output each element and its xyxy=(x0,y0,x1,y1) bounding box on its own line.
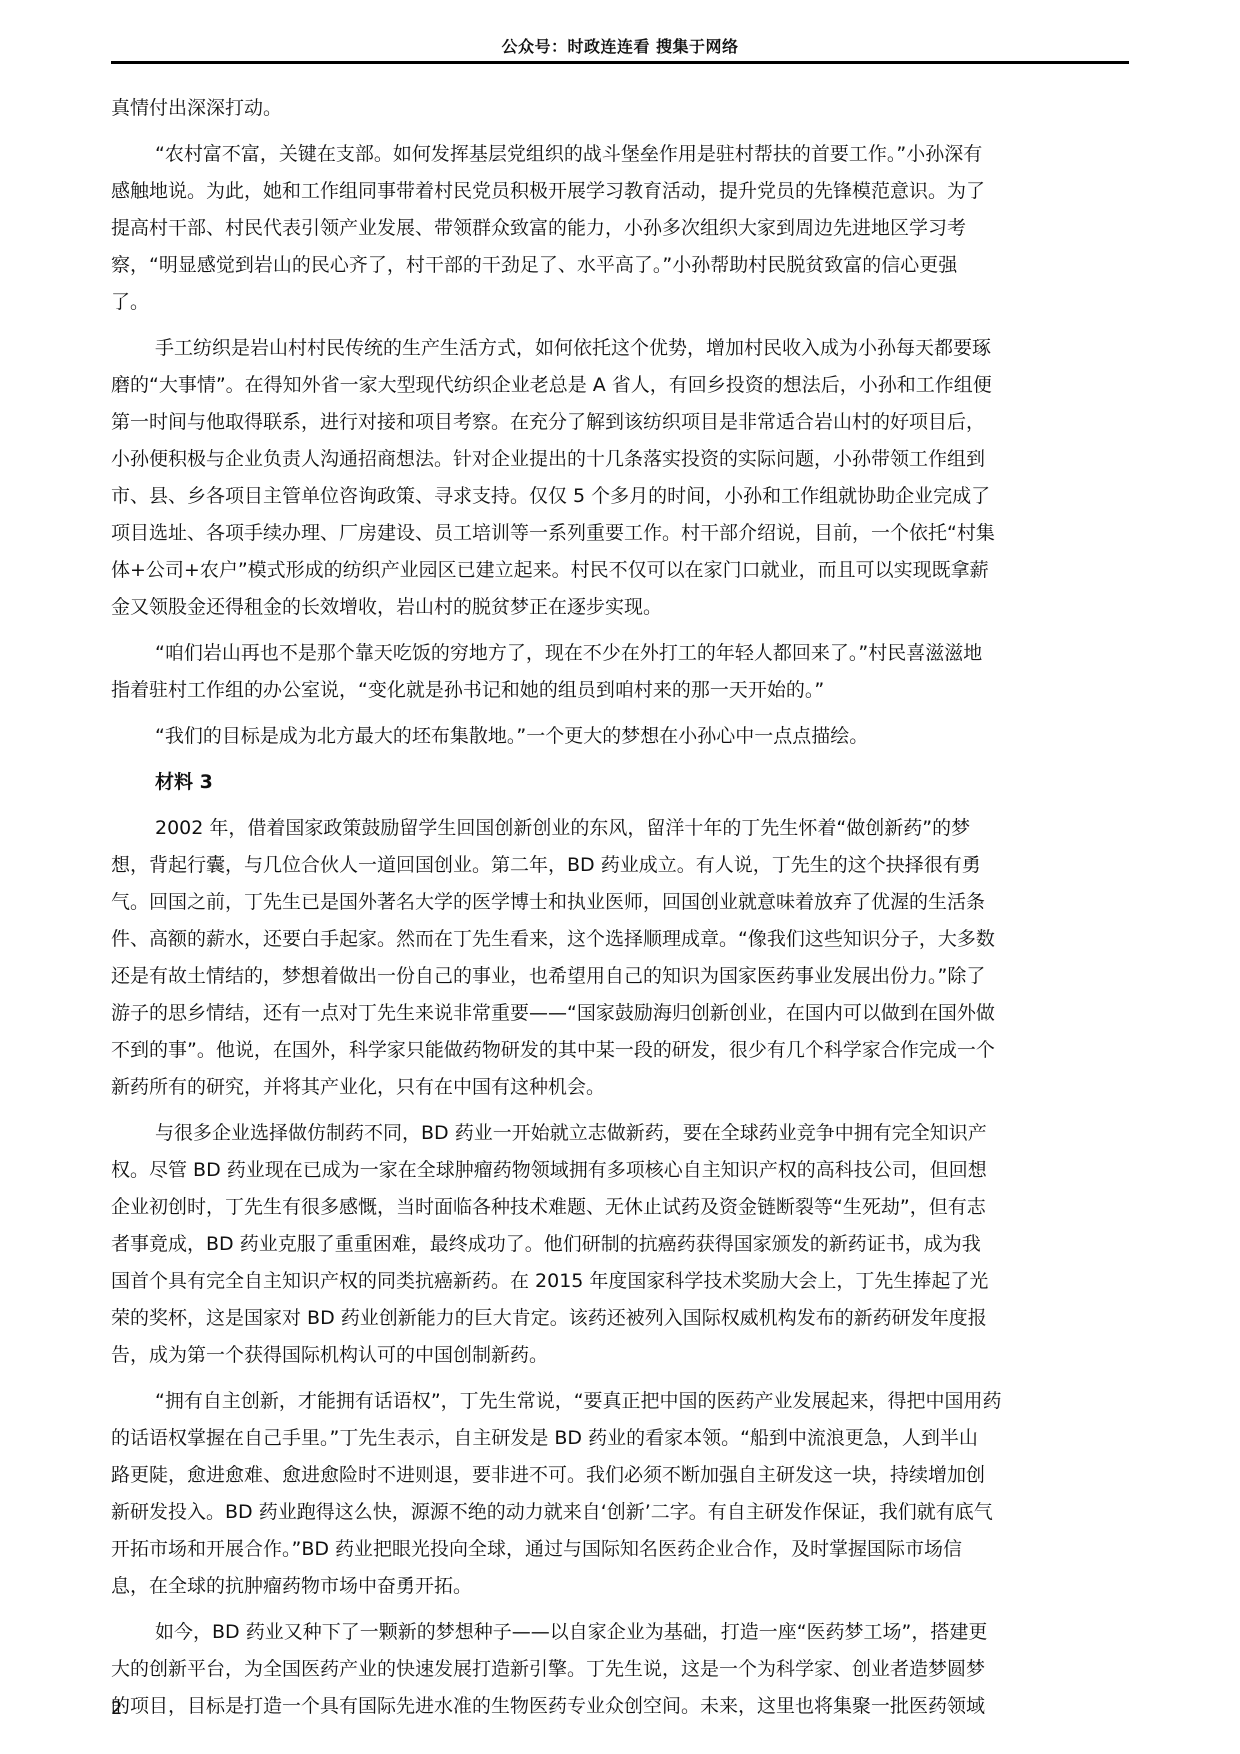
paragraph: 与很多企业选择做仿制药不同，BD 药业一开始就立志做新药，要在全球药业竞争中拥有… xyxy=(111,1115,1141,1374)
paragraph: “农村富不富，关键在支部。如何发挥基层党组织的战斗堡垒作用是驻村帮扶的首要工作。… xyxy=(111,136,1141,321)
text-line: 还是有故土情结的，梦想着做出一份自己的事业，也希望用自己的知识为国家医药事业发展… xyxy=(111,958,1141,995)
text-line: “拥有自主创新，才能拥有话语权”，丁先生常说，“要真正把中国的医药产业发展起来，… xyxy=(111,1383,1141,1420)
text-line: 气。回国之前，丁先生已是国外著名大学的医学博士和执业医师，回国创业就意味着放弃了… xyxy=(111,884,1141,921)
text-line: 小孙便积极与企业负责人沟通招商想法。针对企业提出的十几条落实投资的实际问题，小孙… xyxy=(111,441,1141,478)
text-line: 提高村干部、村民代表引领产业发展、带领群众致富的能力，小孙多次组织大家到周边先进… xyxy=(111,210,1141,247)
paragraph: 手工纺织是岩山村村民传统的生产生活方式，如何依托这个优势，增加村民收入成为小孙每… xyxy=(111,330,1141,626)
page-header: 公众号：时政连连看 搜集于网络 xyxy=(111,34,1129,57)
document-body: 真情付出深深打动。 “农村富不富，关键在支部。如何发挥基层党组织的战斗堡垒作用是… xyxy=(111,90,1141,1734)
text-line: 新药所有的研究，并将其产业化，只有在中国有这种机会。 xyxy=(111,1069,1141,1106)
text-line: 件、高额的薪水，还要白手起家。然而在丁先生看来，这个选择顺理成章。“像我们这些知… xyxy=(111,921,1141,958)
text-line: 不到的事”。他说，在国外，科学家只能做药物研发的其中某一段的研发，很少有几个科学… xyxy=(111,1032,1141,1069)
text-line: 企业初创时，丁先生有很多感慨，当时面临各种技术难题、无休止试药及资金链断裂等“生… xyxy=(111,1189,1141,1226)
text-line: 大的创新平台，为全国医药产业的快速发展打造新引擎。丁先生说，这是一个为科学家、创… xyxy=(111,1651,1141,1688)
paragraph: “我们的目标是成为北方最大的坯布集散地。”一个更大的梦想在小孙心中一点点描绘。 xyxy=(111,718,1141,755)
text-line: 项目选址、各项手续办理、厂房建设、员工培训等一系列重要工作。村干部介绍说，目前，… xyxy=(111,515,1141,552)
text-line: “农村富不富，关键在支部。如何发挥基层党组织的战斗堡垒作用是驻村帮扶的首要工作。… xyxy=(111,136,1141,173)
text-line: 感触地说。为此，她和工作组同事带着村民党员积极开展学习教育活动，提升党员的先锋模… xyxy=(111,173,1141,210)
text-line: 与很多企业选择做仿制药不同，BD 药业一开始就立志做新药，要在全球药业竞争中拥有… xyxy=(111,1115,1141,1152)
text-line: 开拓市场和开展合作。”BD 药业把眼光投向全球，通过与国际知名医药企业合作，及时… xyxy=(111,1531,1141,1568)
text-line: 游子的思乡情结，还有一点对丁先生来说非常重要——“国家鼓励海归创新创业，在国内可… xyxy=(111,995,1141,1032)
text-line: 国首个具有完全自主知识产权的同类抗癌新药。在 2015 年度国家科学技术奖励大会… xyxy=(111,1263,1141,1300)
text-line: 体+公司+农户”模式形成的纺织产业园区已建立起来。村民不仅可以在家门口就业，而且… xyxy=(111,552,1141,589)
header-rule xyxy=(111,61,1129,64)
text-line: 市、县、乡各项目主管单位咨询政策、寻求支持。仅仅 5 个多月的时间，小孙和工作组… xyxy=(111,478,1141,515)
text-line: 想，背起行囊，与几位合伙人一道回国创业。第二年，BD 药业成立。有人说，丁先生的… xyxy=(111,847,1141,884)
paragraph: “拥有自主创新，才能拥有话语权”，丁先生常说，“要真正把中国的医药产业发展起来，… xyxy=(111,1383,1141,1605)
paragraph: 2002 年，借着国家政策鼓励留学生回国创新创业的东风，留洋十年的丁先生怀着“做… xyxy=(111,810,1141,1106)
section-heading: 材料 3 xyxy=(111,764,1141,801)
text-line: 2002 年，借着国家政策鼓励留学生回国创新创业的东风，留洋十年的丁先生怀着“做… xyxy=(111,810,1141,847)
text-line: 的话语权掌握在自己手里。”丁先生表示，自主研发是 BD 药业的看家本领。“船到中… xyxy=(111,1420,1141,1457)
text-line: 金又领股金还得租金的长效增收，岩山村的脱贫梦正在逐步实现。 xyxy=(111,589,1141,626)
paragraph: 如今，BD 药业又种下了一颗新的梦想种子——以自家企业为基础，打造一座“医药梦工… xyxy=(111,1614,1141,1725)
text-line: 指着驻村工作组的办公室说，“变化就是孙书记和她的组员到咱村来的那一天开始的。” xyxy=(111,672,1141,709)
text-line: 告，成为第一个获得国际机构认可的中国创制新药。 xyxy=(111,1337,1141,1374)
text-line: “咱们岩山再也不是那个靠天吃饭的穷地方了，现在不少在外打工的年轻人都回来了。”村… xyxy=(111,635,1141,672)
text-line: 手工纺织是岩山村村民传统的生产生活方式，如何依托这个优势，增加村民收入成为小孙每… xyxy=(111,330,1141,367)
text-line: 了。 xyxy=(111,284,1141,321)
text-line: 第一时间与他取得联系，进行对接和项目考察。在充分了解到该纺织项目是非常适合岩山村… xyxy=(111,404,1141,441)
text-line: 者事竟成，BD 药业克服了重重困难，最终成功了。他们研制的抗癌药获得国家颁发的新… xyxy=(111,1226,1141,1263)
text-line: 真情付出深深打动。 xyxy=(111,90,1141,127)
paragraph: 真情付出深深打动。 xyxy=(111,90,1141,127)
text-line: 息，在全球的抗肿瘤药物市场中奋勇开拓。 xyxy=(111,1568,1141,1605)
text-line: 磨的“大事情”。在得知外省一家大型现代纺织企业老总是 A 省人，有回乡投资的想法… xyxy=(111,367,1141,404)
text-line: 如今，BD 药业又种下了一颗新的梦想种子——以自家企业为基础，打造一座“医药梦工… xyxy=(111,1614,1141,1651)
page-number: 2 xyxy=(111,1698,122,1719)
text-line: 新研发投入。BD 药业跑得这么快，源源不绝的动力就来自‘创新’二字。有自主研发作… xyxy=(111,1494,1141,1531)
text-line: “我们的目标是成为北方最大的坯布集散地。”一个更大的梦想在小孙心中一点点描绘。 xyxy=(111,718,1141,755)
text-line: 察，“明显感觉到岩山的民心齐了，村干部的干劲足了、水平高了。”小孙帮助村民脱贫致… xyxy=(111,247,1141,284)
text-line: 权。尽管 BD 药业现在已成为一家在全球肿瘤药物领域拥有多项核心自主知识产权的高… xyxy=(111,1152,1141,1189)
text-line: 路更陡，愈进愈难、愈进愈险时不进则退，要非进不可。我们必须不断加强自主研发这一块… xyxy=(111,1457,1141,1494)
text-line: 的项目，目标是打造一个具有国际先进水准的生物医药专业众创空间。未来，这里也将集聚… xyxy=(111,1688,1141,1725)
paragraph: “咱们岩山再也不是那个靠天吃饭的穷地方了，现在不少在外打工的年轻人都回来了。”村… xyxy=(111,635,1141,709)
text-line: 荣的奖杯，这是国家对 BD 药业创新能力的巨大肯定。该药还被列入国际权威机构发布… xyxy=(111,1300,1141,1337)
